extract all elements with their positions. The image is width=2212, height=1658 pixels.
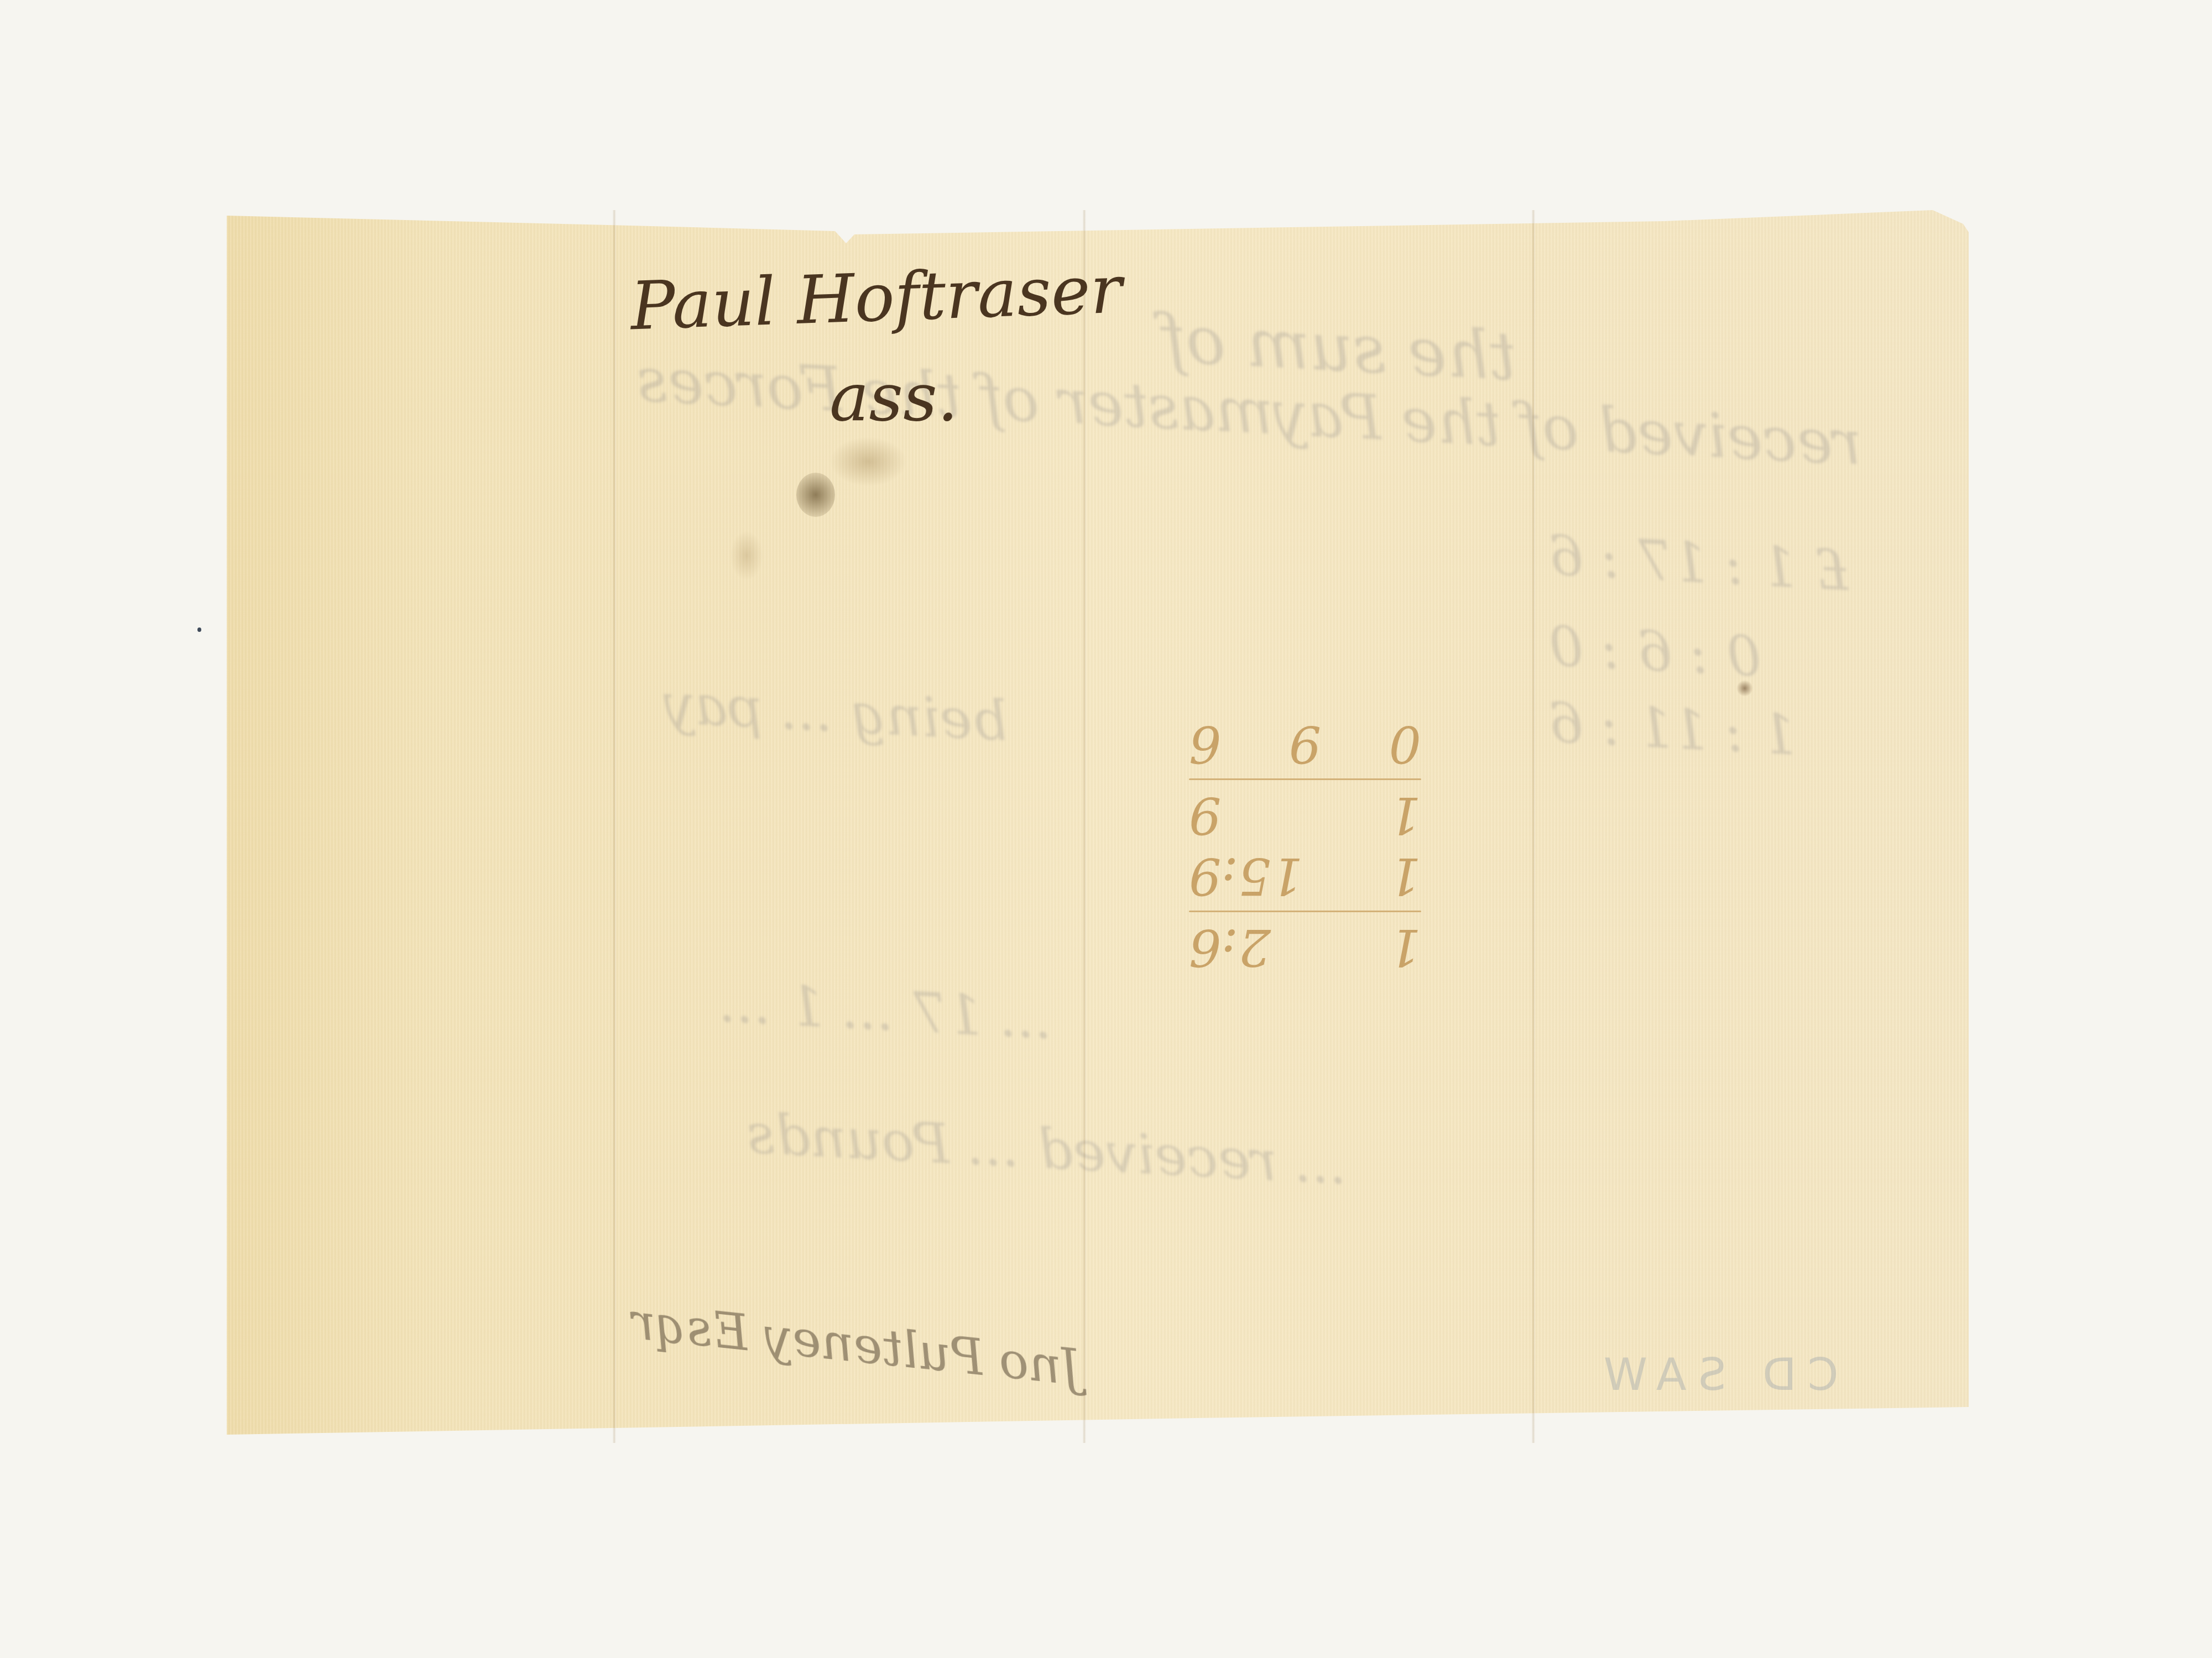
tally-cell: 2:6 <box>1189 917 1271 977</box>
water-stain <box>830 437 907 487</box>
tally-cell: 6 <box>1189 713 1222 774</box>
tally-row: 0 9 6 <box>1189 713 1421 774</box>
pencil-note: CD SAW <box>1593 1349 1839 1400</box>
endorsement-second-line: ass. <box>830 359 958 436</box>
tally-cell: 1 <box>1389 845 1421 906</box>
tally-cell: 9 <box>1289 713 1322 774</box>
water-stain-trail <box>730 531 763 580</box>
fold-line-1 <box>613 210 616 1443</box>
bleed-through-column: 1 : 11 : 6 <box>1547 690 1798 767</box>
tally-cell: 0 <box>1389 713 1421 774</box>
tally-row: 1 9 <box>1189 784 1421 845</box>
dust-speck <box>197 627 201 632</box>
tally-cell: 1 <box>1389 917 1421 977</box>
tally-row: 1 15:9 <box>1189 845 1421 906</box>
tally-cell: 9 <box>1189 784 1222 845</box>
upside-down-tally: 1 2:6 1 15:9 1 9 0 9 6 <box>1189 713 1421 977</box>
tally-row: 1 2:6 <box>1189 917 1421 977</box>
ink-stain <box>796 473 835 517</box>
tally-rule <box>1189 778 1421 780</box>
tally-cell: 15:9 <box>1189 845 1303 906</box>
tally-cell: 1 <box>1389 784 1421 845</box>
manuscript-sheet <box>227 0 1969 1658</box>
bleed-through-column: 0 : 6 : 0 <box>1547 614 1763 689</box>
tally-rule <box>1189 911 1421 912</box>
